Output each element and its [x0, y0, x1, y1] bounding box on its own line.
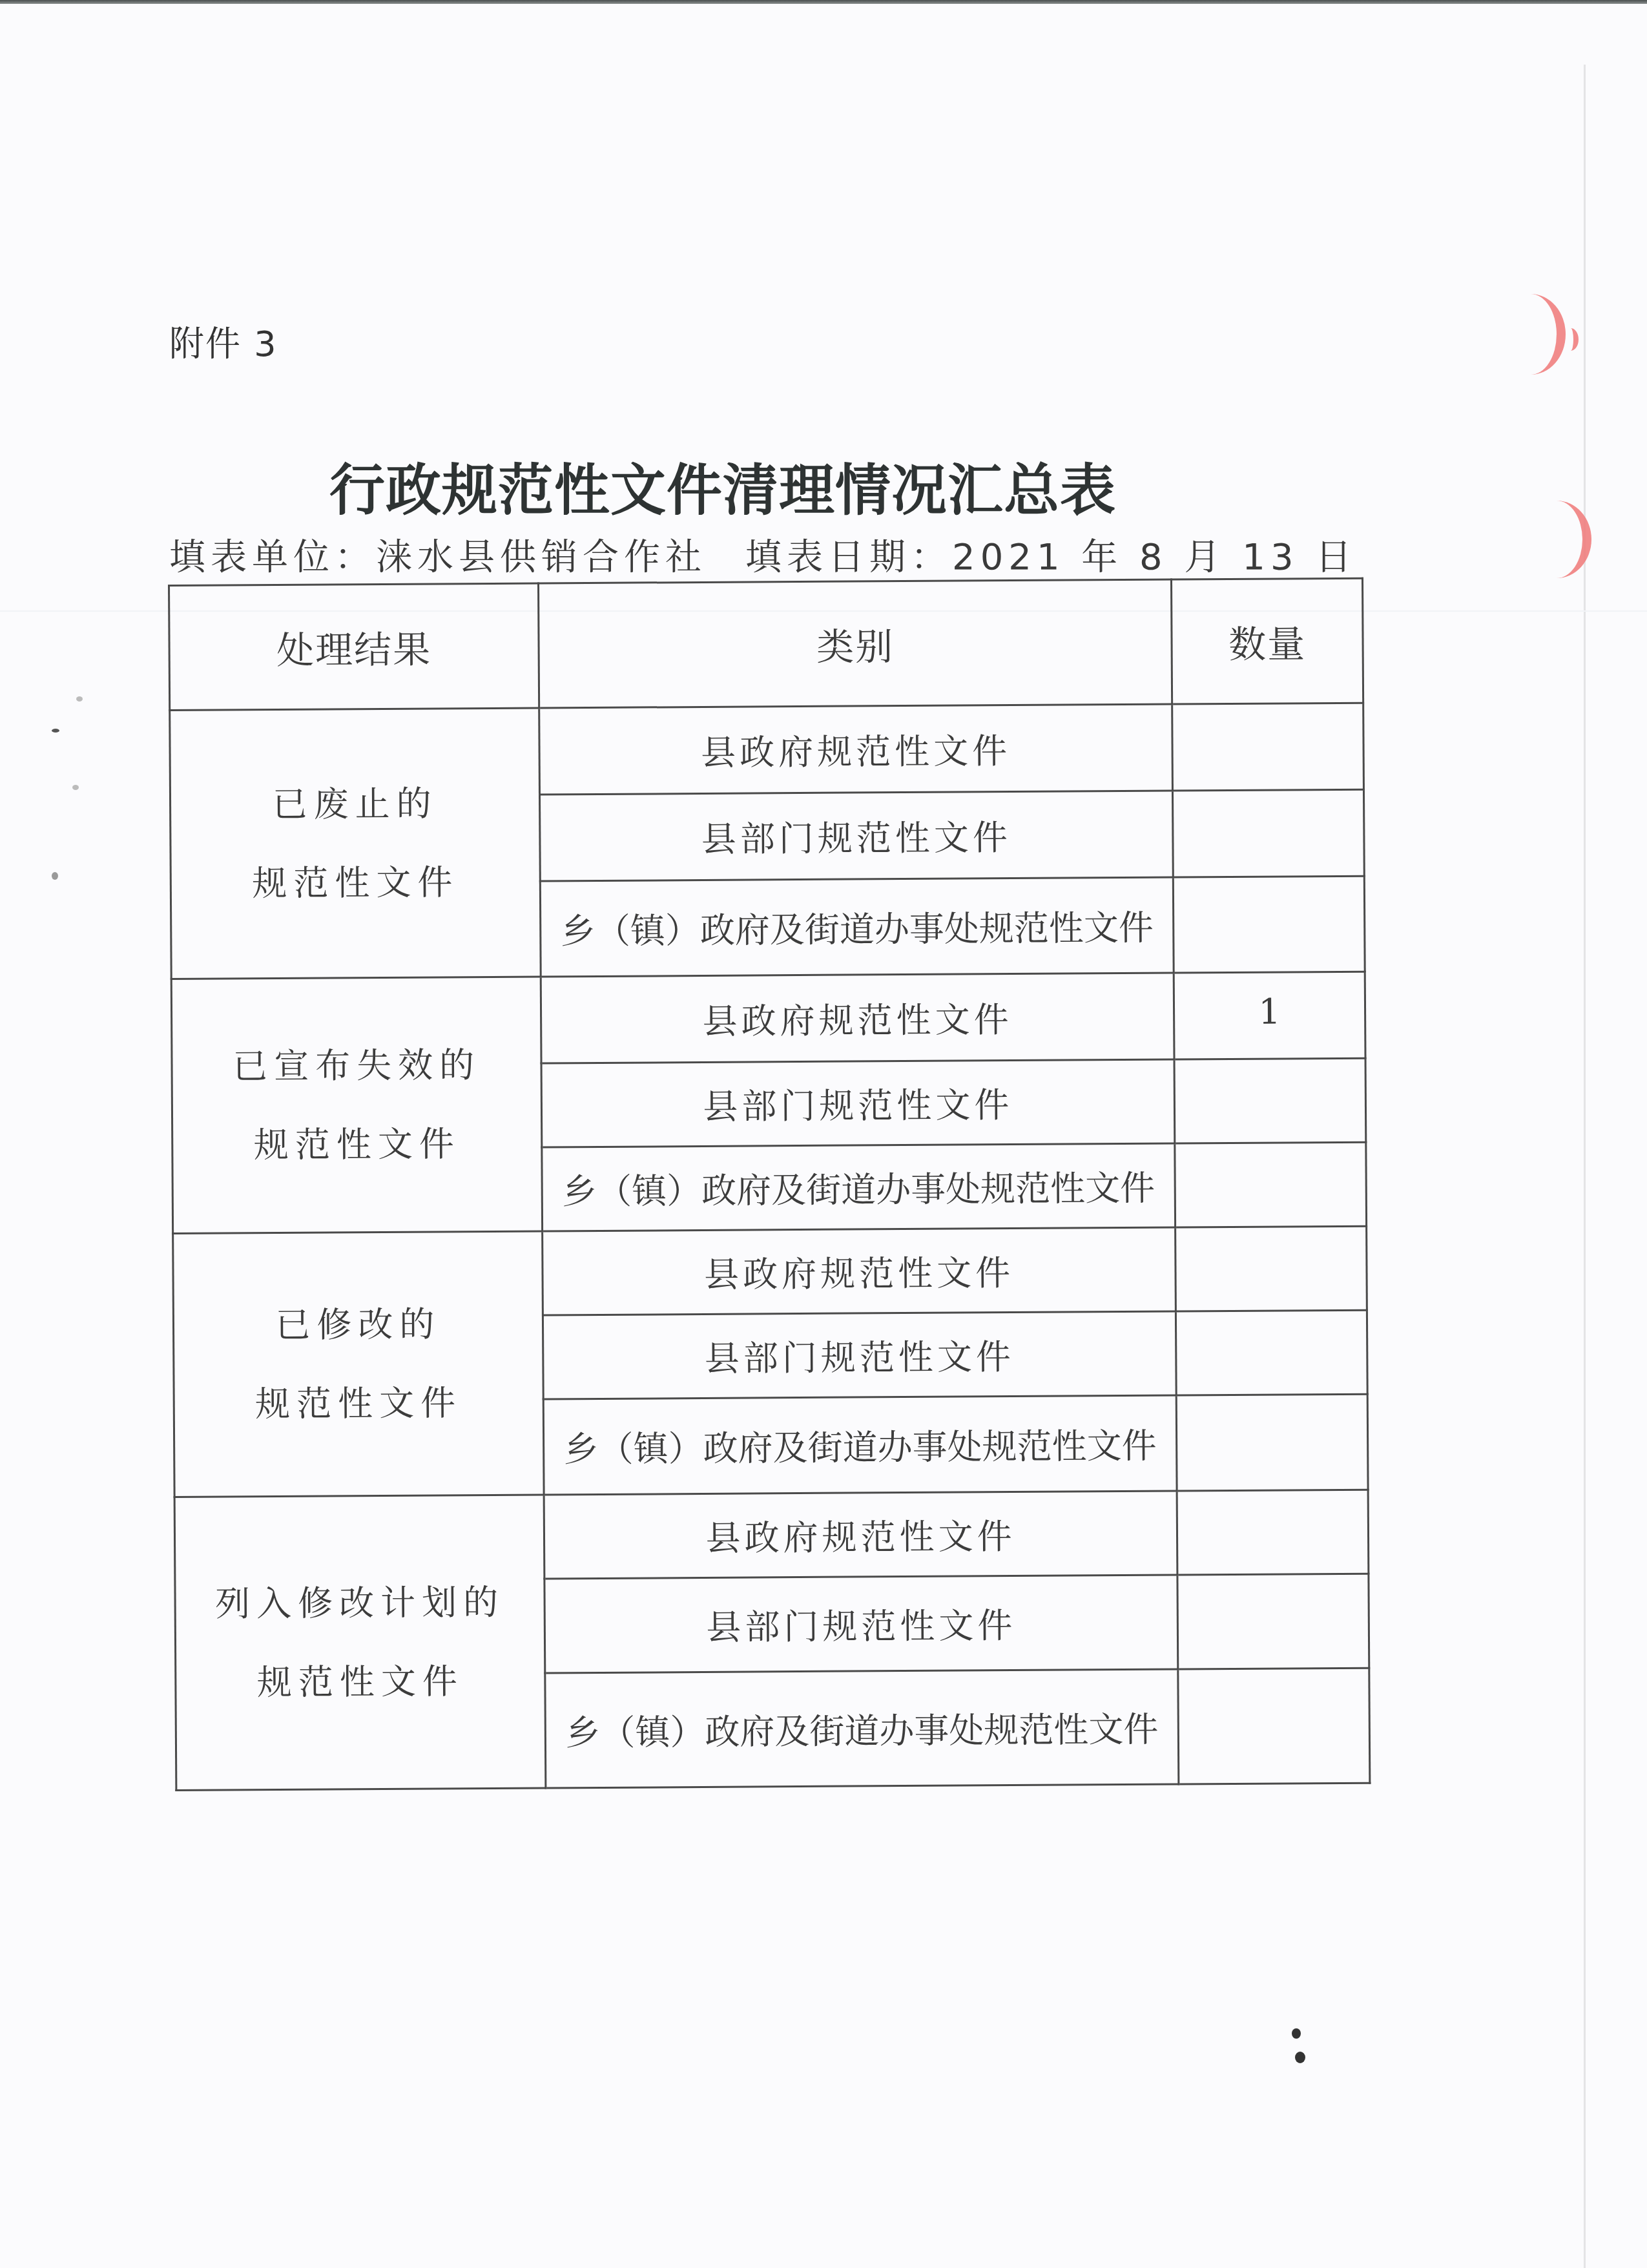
- header-result: 处理结果: [169, 583, 539, 710]
- group-planned-revision: 列入修改计划的 规范性文件: [174, 1495, 546, 1790]
- group-modified: 已修改的 规范性文件: [173, 1231, 544, 1497]
- category-cell: 乡（镇）政府及街道办事处规范性文件: [543, 1395, 1177, 1495]
- group-label-line2: 规范性文件: [174, 1363, 543, 1444]
- quantity-cell: [1177, 1490, 1369, 1575]
- scan-speck: [52, 872, 58, 880]
- document-title: 行政规范性文件清理情况汇总表: [329, 446, 1116, 526]
- category-cell: 县政府规范性文件: [539, 704, 1173, 795]
- quantity-cell: [1178, 1668, 1370, 1784]
- quantity-cell: [1176, 1394, 1368, 1491]
- quantity-cell: [1176, 1226, 1367, 1311]
- category-cell: 县部门规范性文件: [539, 791, 1173, 881]
- group-label-line1: 已修改的: [174, 1284, 543, 1365]
- category-cell: 县政府规范性文件: [541, 973, 1174, 1063]
- group-label-line1: 列入修改计划的: [176, 1563, 544, 1643]
- group-abolished: 已废止的 规范性文件: [170, 708, 541, 979]
- fill-unit-value: 涞水县供销合作社: [376, 536, 707, 578]
- category-cell: 乡（镇）政府及街道办事处规范性文件: [542, 1143, 1176, 1231]
- summary-table: 处理结果 类别 数量 已废止的 规范性文件 县政府规范性文件 县部门规范性文件 …: [168, 577, 1371, 1791]
- category-cell: 乡（镇）政府及街道办事处规范性文件: [540, 877, 1174, 977]
- group-label-line2: 规范性文件: [176, 1641, 544, 1722]
- scan-fold-line: [1584, 65, 1586, 2268]
- seal-fragment-lower: [1557, 501, 1591, 578]
- category-cell: 县政府规范性文件: [544, 1491, 1177, 1579]
- scan-speck: [72, 785, 79, 790]
- scan-speck: [1292, 2028, 1301, 2039]
- fill-date-label: 填表日期：: [745, 536, 952, 578]
- table-row: 已废止的 规范性文件 县政府规范性文件: [170, 703, 1364, 796]
- fill-info-line: 填表单位：涞水县供销合作社填表日期：2021 年 8 月 13 日: [169, 528, 1356, 580]
- quantity-cell: [1174, 1058, 1366, 1143]
- fill-unit-label: 填表单位：: [169, 536, 376, 578]
- quantity-cell: [1176, 1310, 1367, 1395]
- quantity-cell: [1177, 1574, 1369, 1669]
- scan-speck: [76, 696, 83, 702]
- category-cell: 县部门规范性文件: [543, 1311, 1176, 1399]
- header-category: 类别: [538, 579, 1172, 708]
- header-row: 处理结果 类别 数量: [169, 578, 1363, 710]
- seal-fragment-small: [1571, 328, 1579, 351]
- quantity-cell: [1175, 1142, 1367, 1227]
- scan-speck: [1295, 2052, 1305, 2063]
- scan-top-edge: [0, 0, 1647, 4]
- table-row: 列入修改计划的 规范性文件 县政府规范性文件: [174, 1490, 1369, 1581]
- group-label-line2: 规范性文件: [173, 1104, 541, 1185]
- quantity-cell: [1173, 876, 1365, 973]
- table-row: 已宣布失效的 规范性文件 县政府规范性文件 1: [171, 972, 1365, 1065]
- group-label-line1: 已宣布失效的: [172, 1025, 541, 1106]
- scan-speck: [52, 729, 59, 733]
- group-declared-invalid: 已宣布失效的 规范性文件: [171, 977, 542, 1233]
- fill-date-value: 2021 年 8 月 13 日: [952, 536, 1356, 578]
- quantity-cell: 1: [1174, 972, 1365, 1059]
- attachment-label: 附件 3: [169, 317, 278, 366]
- category-cell: 乡（镇）政府及街道办事处规范性文件: [545, 1669, 1179, 1788]
- header-quantity: 数量: [1171, 578, 1363, 704]
- quantity-cell: [1172, 703, 1364, 791]
- category-cell: 县部门规范性文件: [544, 1575, 1178, 1673]
- table-row: 已修改的 规范性文件 县政府规范性文件: [173, 1226, 1367, 1317]
- category-cell: 县政府规范性文件: [543, 1227, 1176, 1315]
- quantity-cell: [1172, 789, 1364, 877]
- category-cell: 县部门规范性文件: [541, 1059, 1175, 1147]
- group-label-line2: 规范性文件: [171, 842, 539, 923]
- seal-fragment-upper: [1531, 294, 1566, 375]
- group-label-line1: 已废止的: [171, 764, 539, 844]
